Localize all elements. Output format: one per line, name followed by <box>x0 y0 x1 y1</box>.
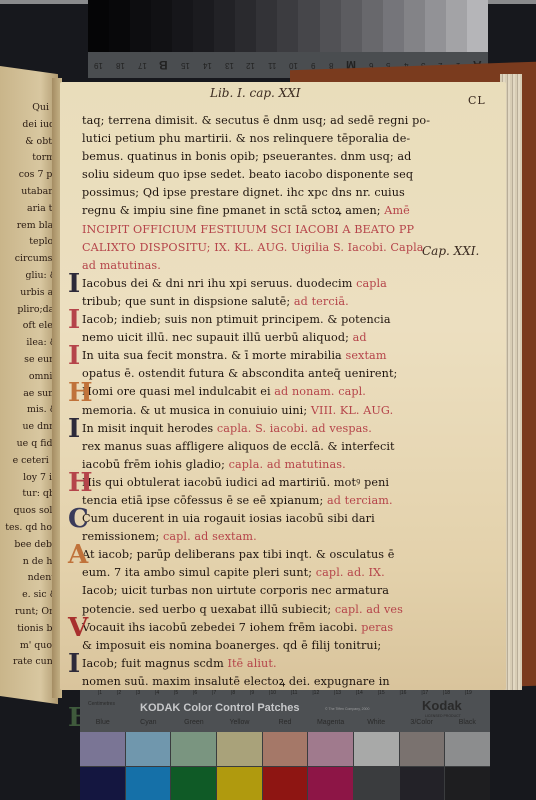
line-text: rex manus suas affligere aliquos de eccl… <box>82 440 395 453</box>
color-patch <box>445 732 490 766</box>
text-line: Vocauit ihs iacobū zebedei 7 iohem frēm … <box>82 619 432 637</box>
line-text: tribub; que sunt in dispsione salutē; <box>82 295 294 308</box>
text-line: Iacob; indieb; suis non ptimuit principe… <box>82 311 432 329</box>
text-line: At iacob; parūp deliberans pax tibi inqt… <box>82 546 432 564</box>
decorated-initial: I <box>68 305 80 335</box>
rubric: Itē aliut. <box>227 657 276 670</box>
line-text: taq; terrena dimisit. & secutus ē dnm us… <box>82 114 430 127</box>
left-page-line: bee debu <box>2 537 58 554</box>
rubric: VIII. KL. AUG. <box>311 404 393 417</box>
line-text: opatus ē. ostendit futura & abscondita a… <box>82 367 397 380</box>
text-line: & imposuit eis nomina boanerges. qd ē fi… <box>82 637 432 655</box>
color-patch <box>80 732 125 766</box>
decorated-initial: H <box>68 378 93 408</box>
text-line: iacobū frēm iohis gladio; capla. ad matu… <box>82 456 432 474</box>
left-page-line: Qui u <box>2 100 58 117</box>
text-line: Iacob; fuit magnus scdm Itē aliut. <box>82 655 432 673</box>
left-page-line: tur: qb; <box>2 487 58 504</box>
line-text: nomen suū. maxim insalutē electoꝝ dei. e… <box>82 675 390 688</box>
color-patch <box>400 767 445 800</box>
line-text: regnu & impiu sine fine pmanet in sctā s… <box>82 204 384 217</box>
ruler-tick: |15 <box>378 690 385 702</box>
line-text: iacobū frēm iohis gladio; <box>82 458 229 471</box>
text-line: regnu & impiu sine fine pmanet in sctā s… <box>82 202 432 220</box>
left-page-line: ue q fide <box>2 436 58 453</box>
left-page-line: ndent. <box>2 571 58 588</box>
gray-step <box>341 0 362 52</box>
text-line: potencie. sed uerbo q uexabat illū subie… <box>82 601 432 619</box>
left-page-line: tormi <box>2 151 58 168</box>
text-line: eum. 7 ita ambo simul capite pleri sunt;… <box>82 564 432 582</box>
rubric: ad terciā. <box>294 295 349 308</box>
ruler-tick: |4 <box>155 690 159 702</box>
line-text: Iacob; indieb; suis non ptimuit principe… <box>82 313 391 326</box>
gray-step <box>235 0 256 52</box>
color-patch <box>126 732 171 766</box>
gray-step <box>130 0 151 52</box>
left-page-line: rem blas <box>2 218 58 235</box>
text-line: memoria. & ut musica in conuiuio uini; V… <box>82 402 432 420</box>
rubric: peras <box>361 621 393 634</box>
line-text: Iacob; uicit turbas non uirtute corporis… <box>82 584 389 597</box>
left-page: Qui udei iudi& obtutormicos 7 pautabanta… <box>0 66 58 704</box>
gray-step <box>298 0 319 52</box>
gray-step <box>467 0 488 52</box>
line-text: nemo uicit illū. nec supauit illū uerbū … <box>82 331 353 344</box>
text-line: Iacobus dei & dni nri ihu xpi seruus. du… <box>82 275 432 293</box>
text-line: CALIXTO DISPOSITU; IX. KL. AUG. Uigilia … <box>82 239 432 257</box>
left-page-line: circumse <box>2 251 58 268</box>
text-line: taq; terrena dimisit. & secutus ē dnm us… <box>82 112 432 130</box>
rubric: capla. S. iacobi. ad vespas. <box>217 422 372 435</box>
color-patch <box>217 732 262 766</box>
rubric: INCIPIT OFFICIUM FESTIUUM SCI IACOBI A B… <box>82 223 414 236</box>
ruler-label: 12 <box>246 61 255 70</box>
running-head: Lib. I. cap. XXI <box>210 86 301 100</box>
gray-step <box>193 0 214 52</box>
left-page-line: e ceteri fi <box>2 453 58 470</box>
left-page-line: urbis as <box>2 285 58 302</box>
patch-label: Black <box>445 719 491 726</box>
text-line: tribub; que sunt in dispsione salutē; ad… <box>82 293 432 311</box>
left-page-line: cos 7 pa <box>2 167 58 184</box>
gray-step <box>383 0 404 52</box>
patch-label: Cyan <box>126 719 172 726</box>
line-text: At iacob; parūp deliberans pax tibi inqt… <box>82 548 394 561</box>
left-page-line: loy 7 in <box>2 470 58 487</box>
text-line: remissionem; capl. ad sextam. <box>82 528 432 546</box>
text-line: nomen suū. maxim insalutē electoꝝ dei. e… <box>82 673 432 691</box>
color-patch <box>308 767 353 800</box>
text-line: INCIPIT OFFICIUM FESTIUUM SCI IACOBI A B… <box>82 221 432 239</box>
left-page-line: mis. & <box>2 403 58 420</box>
ruler-label: 19 <box>94 61 103 70</box>
text-line: In uita sua fecit monstra. & ī morte mir… <box>82 347 432 365</box>
color-patch <box>171 767 216 800</box>
line-text: & imposuit eis nomina boanerges. qd ē fi… <box>82 639 381 652</box>
color-patch <box>263 767 308 800</box>
color-patches <box>80 732 490 800</box>
ruler-tick: |7 <box>212 690 216 702</box>
gray-step <box>214 0 235 52</box>
left-page-line: ue dnm <box>2 419 58 436</box>
kodak-logo: Kodak <box>422 698 462 713</box>
gray-step <box>446 0 467 52</box>
color-patch <box>263 732 308 766</box>
color-patch <box>171 732 216 766</box>
ruler-label: 18 <box>116 61 125 70</box>
line-text: His qui obtulerat iacobū iudici ad marti… <box>82 476 389 489</box>
line-text: Cum ducerent in uia rogauit iosias iacob… <box>82 512 375 525</box>
rubric: sextam <box>345 349 386 362</box>
left-page-line: n de ho <box>2 554 58 571</box>
rubric: Amē <box>384 204 410 217</box>
line-text: possimus; Qd ipse prestare dignet. ihc x… <box>82 186 405 199</box>
text-line: Homi ore quasi mel indulcabit ei ad nona… <box>82 383 432 401</box>
patch-label: Magenta <box>308 719 354 726</box>
gray-step <box>109 0 130 52</box>
line-text: bemus. quatinus in bonis opib; pseuerant… <box>82 150 411 163</box>
line-text: eum. 7 ita ambo simul capite pleri sunt; <box>82 566 316 579</box>
left-page-line: tionis be <box>2 621 58 638</box>
gray-step <box>151 0 172 52</box>
gray-step <box>277 0 298 52</box>
color-patch <box>217 767 262 800</box>
color-patch <box>308 732 353 766</box>
patch-label: Yellow <box>217 719 263 726</box>
decorated-initial: I <box>68 414 80 444</box>
ruler-label: 10 <box>289 61 298 70</box>
line-text: memoria. & ut musica in conuiuio uini; <box>82 404 311 417</box>
color-patch <box>354 732 399 766</box>
left-page-line: utabant <box>2 184 58 201</box>
gray-step <box>256 0 277 52</box>
ruler-tick: |9 <box>250 690 254 702</box>
left-page-line: ilea: & <box>2 335 58 352</box>
patch-label: Green <box>171 719 217 726</box>
ruler-label: 17 <box>138 61 147 70</box>
ruler-tick: |13 <box>334 690 341 702</box>
ruler-tick: |3 <box>136 690 140 702</box>
left-page-line: quos sola <box>2 503 58 520</box>
rubric: CALIXTO DISPOSITU; IX. KL. AUG. Uigilia … <box>82 241 424 254</box>
text-line: His qui obtulerat iacobū iudici ad marti… <box>82 474 432 492</box>
left-page-line: omnia <box>2 369 58 386</box>
rubric: ad nonam. capl. <box>274 385 366 398</box>
gray-step <box>404 0 425 52</box>
rubric: ad terciam. <box>327 494 393 507</box>
patch-label: 3/Color <box>399 719 445 726</box>
decorated-initial: H <box>68 468 93 498</box>
manuscript-text: taq; terrena dimisit. & secutus ē dnm us… <box>82 112 432 727</box>
units-label: Centimetres <box>88 701 115 707</box>
text-line: possimus; Qd ipse prestare dignet. ihc x… <box>82 184 432 202</box>
left-page-line: gliu: & <box>2 268 58 285</box>
decorated-initial: I <box>68 269 80 299</box>
left-page-line: rate cunc <box>2 655 58 672</box>
rubric: ad matutinas. <box>82 259 161 272</box>
ruler-label: 14 <box>203 61 212 70</box>
text-line: opatus ē. ostendit futura & abscondita a… <box>82 365 432 383</box>
line-text: Homi ore quasi mel indulcabit ei <box>82 385 274 398</box>
left-page-line: ae sunt <box>2 386 58 403</box>
text-line: nemo uicit illū. nec supauit illū uerbū … <box>82 329 432 347</box>
left-page-line: & obtu <box>2 134 58 151</box>
left-page-line: tes. qd hop <box>2 520 58 537</box>
left-page-text: Qui udei iudi& obtutormicos 7 pautabanta… <box>2 100 58 671</box>
gray-step <box>362 0 383 52</box>
left-page-line: dei iudi <box>2 117 58 134</box>
text-line: soliu sideum quo ipse sedet. beato iacob… <box>82 166 432 184</box>
left-page-line: m' quod <box>2 638 58 655</box>
left-page-line: se eum <box>2 352 58 369</box>
ruler-tick: |19 <box>465 690 472 702</box>
decorated-initial: A <box>68 540 88 570</box>
color-patch <box>126 767 171 800</box>
left-page-line: runt; Om <box>2 604 58 621</box>
line-text: remissionem; <box>82 530 163 543</box>
text-line: In misit inquit herodes capla. S. iacobi… <box>82 420 432 438</box>
left-page-line: e. sic & <box>2 587 58 604</box>
line-text: potencie. sed uerbo q uexabat illū subie… <box>82 603 335 616</box>
rubric: capla. ad matutinas. <box>229 458 346 471</box>
gray-step <box>172 0 193 52</box>
ruler-label: 9 <box>311 61 315 70</box>
text-line: bemus. quatinus in bonis opib; pseuerant… <box>82 148 432 166</box>
ruler-tick: |10 <box>269 690 276 702</box>
kodak-color-target: |1|2|3|4|5|6|7|8|9|10|11|12|13|14|15|16|… <box>80 690 490 800</box>
line-text: In uita sua fecit monstra. & ī morte mir… <box>82 349 345 362</box>
left-page-line: teplos <box>2 235 58 252</box>
ruler-tick: |14 <box>356 690 363 702</box>
color-target-title: KODAK Color Control Patches <box>140 702 300 714</box>
rubric: ad <box>353 331 367 344</box>
ruler-tick: |12 <box>312 690 319 702</box>
left-page-line: oft elec <box>2 319 58 336</box>
color-patch <box>80 767 125 800</box>
decorated-initial: I <box>68 649 80 679</box>
line-text: tencia etiā ipse cōfessus ē se eē xpianu… <box>82 494 327 507</box>
left-page-line: aria te <box>2 201 58 218</box>
line-text: lutici petium phu martirii. & nos relinq… <box>82 132 410 145</box>
copyright: © The Tiffen Company, 2000 <box>325 707 369 711</box>
color-patch <box>400 732 445 766</box>
line-text: Vocauit ihs iacobū zebedei 7 iohem frēm … <box>82 621 361 634</box>
ruler-tick: |8 <box>231 690 235 702</box>
decorated-initial: I <box>68 341 80 371</box>
ruler-tick: |2 <box>117 690 121 702</box>
line-text: In misit inquit herodes <box>82 422 217 435</box>
line-text: Iacobus dei & dni nri ihu xpi seruus. du… <box>82 277 356 290</box>
ruler-tick: |6 <box>193 690 197 702</box>
licensed-label: LICENSED PRODUCT <box>425 714 461 718</box>
text-line: tencia etiā ipse cōfessus ē se eē xpianu… <box>82 492 432 510</box>
rubric: capl. ad. IX. <box>316 566 385 579</box>
ruler-tick: |16 <box>400 690 407 702</box>
patch-label: White <box>353 719 399 726</box>
color-patch <box>445 767 490 800</box>
gray-step <box>320 0 341 52</box>
patch-labels: BlueCyanGreenYellowRedMagentaWhite3/Colo… <box>80 719 490 726</box>
rubric: capl. ad sextam. <box>163 530 257 543</box>
patch-label: Blue <box>80 719 126 726</box>
gray-step <box>88 0 109 52</box>
text-line: Cum ducerent in uia rogauit iosias iacob… <box>82 510 432 528</box>
text-line: rex manus suas affligere aliquos de eccl… <box>82 438 432 456</box>
text-line: ad matutinas. <box>82 257 432 275</box>
ruler-label: 13 <box>225 61 234 70</box>
line-text: soliu sideum quo ipse sedet. beato iacob… <box>82 168 413 181</box>
ruler-label: B <box>159 58 168 72</box>
folio-number: CL <box>468 94 486 107</box>
rubric: capl. ad ves <box>335 603 403 616</box>
patch-label: Red <box>262 719 308 726</box>
decorated-initial: C <box>68 504 89 534</box>
decorated-initial: V <box>68 613 88 643</box>
ruler-label: 11 <box>268 61 276 70</box>
ruler-tick: |11 <box>291 690 298 702</box>
line-text: Iacob; fuit magnus scdm <box>82 657 227 670</box>
left-page-line: pliro;dat <box>2 302 58 319</box>
ruler-tick: |5 <box>174 690 178 702</box>
rubric: capla <box>356 277 387 290</box>
grayscale-target <box>88 0 488 52</box>
gray-step <box>425 0 446 52</box>
text-line: lutici petium phu martirii. & nos relinq… <box>82 130 432 148</box>
text-line: Iacob; uicit turbas non uirtute corporis… <box>82 582 432 600</box>
ruler-label: 15 <box>181 61 190 70</box>
